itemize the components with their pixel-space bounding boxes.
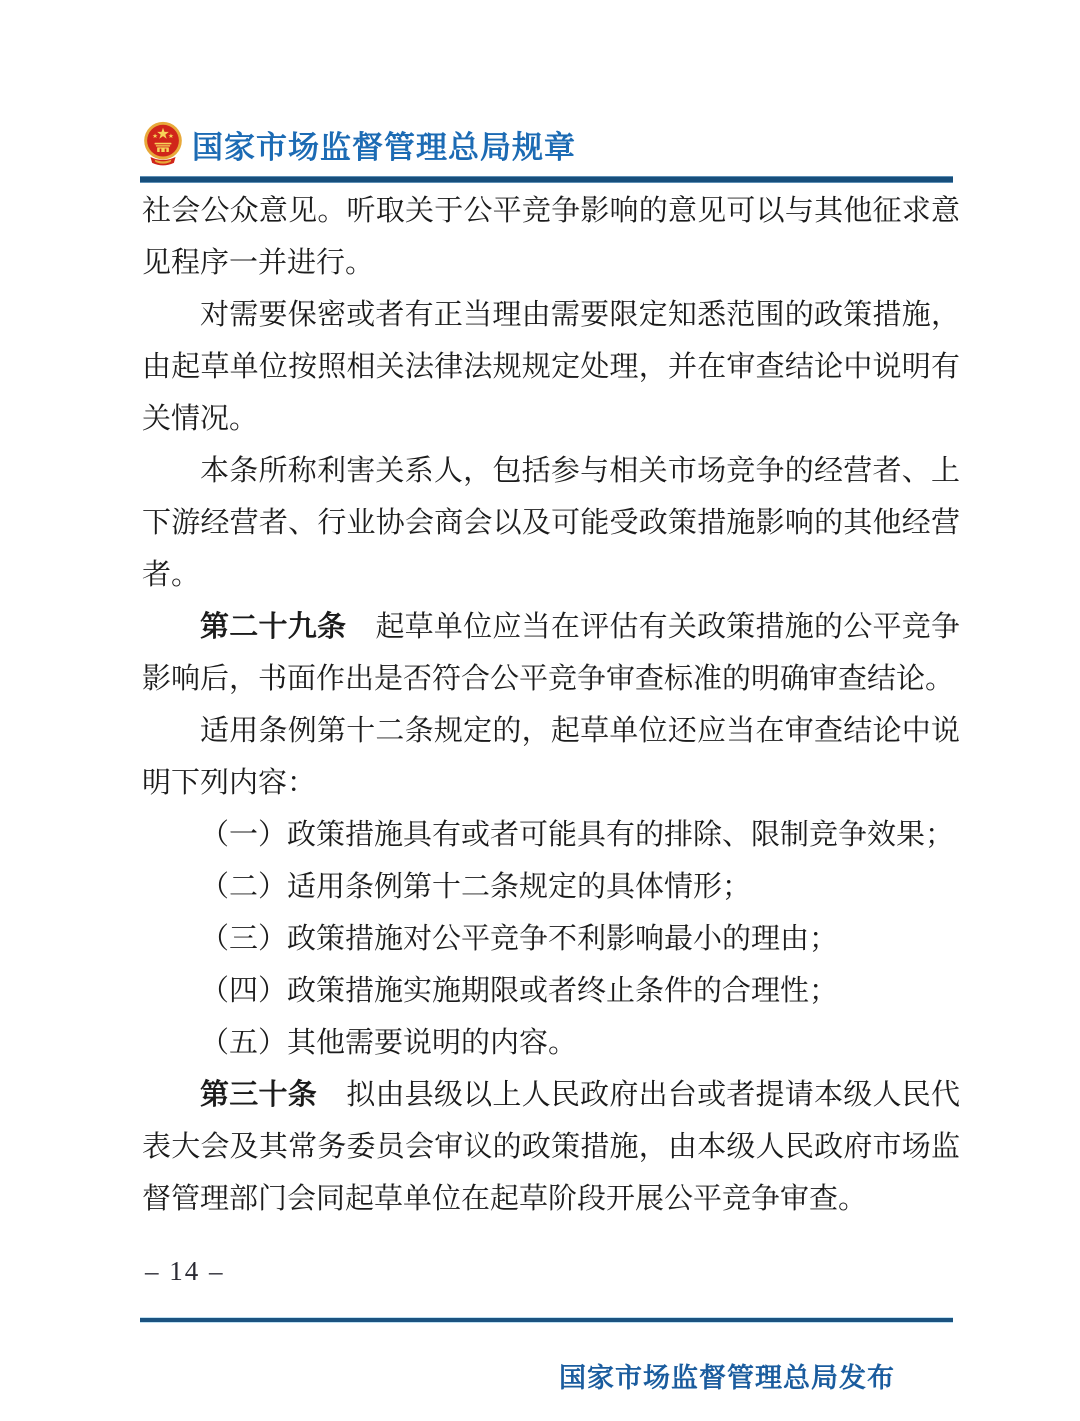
article-number: 第三十条 <box>200 1079 346 1111</box>
header-title: 国家市场监督管理总局规章 <box>192 122 576 167</box>
paragraph-1: 社会公众意见。听取关于公平竞争影响的意见可以与其他征求意见程序一并进行。 <box>142 185 960 289</box>
document-page: 国家市场监督管理总局规章 社会公众意见。听取关于公平竞争影响的意见可以与其他征求… <box>0 0 1080 1421</box>
paragraph-3: 本条所称利害关系人，包括参与相关市场竞争的经营者、上下游经营者、行业协会商会以及… <box>142 445 960 601</box>
document-body: 社会公众意见。听取关于公平竞争影响的意见可以与其他征求意见程序一并进行。对需要保… <box>142 185 960 1225</box>
document-header: 国家市场监督管理总局规章 <box>142 120 957 168</box>
paragraph-4: 第二十九条 起草单位应当在评估有关政策措施的公平竞争影响后，书面作出是否符合公平… <box>142 601 960 705</box>
paragraph-8: （三）政策措施对公平竞争不利影响最小的理由； <box>142 913 960 965</box>
china-national-emblem-icon <box>142 121 184 167</box>
article-number: 第二十九条 <box>200 611 375 643</box>
header-divider <box>140 176 953 183</box>
footer-publisher: 国家市场监督管理总局发布 <box>142 1356 955 1395</box>
paragraph-10: （五）其他需要说明的内容。 <box>142 1017 960 1069</box>
paragraph-7: （二）适用条例第十二条规定的具体情形； <box>142 861 960 913</box>
paragraph-6: （一）政策措施具有或者可能具有的排除、限制竞争效果； <box>142 809 960 861</box>
paragraph-2: 对需要保密或者有正当理由需要限定知悉范围的政策措施，由起草单位按照相关法律法规规… <box>142 289 960 445</box>
paragraph-9: （四）政策措施实施期限或者终止条件的合理性； <box>142 965 960 1017</box>
paragraph-11: 第三十条 拟由县级以上人民政府出台或者提请本级人民代表大会及其常务委员会审议的政… <box>142 1069 960 1225</box>
paragraph-5: 适用条例第十二条规定的，起草单位还应当在审查结论中说明下列内容： <box>142 705 960 809</box>
footer-divider <box>140 1317 953 1323</box>
page-number: – 14 – <box>145 1256 225 1287</box>
